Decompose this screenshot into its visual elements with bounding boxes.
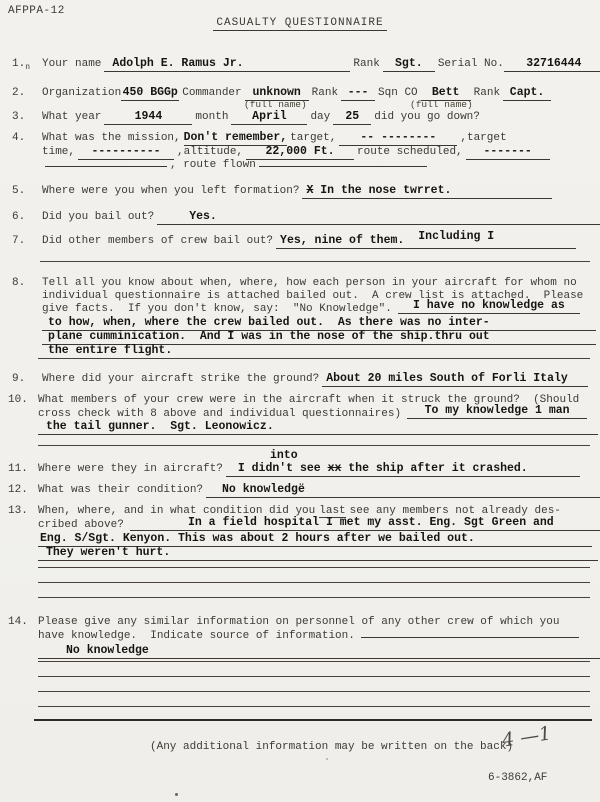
time-value: ----------	[92, 145, 161, 158]
inserted-word: into	[270, 449, 298, 462]
question-10-answer-2: the tail gunner. Sgt. Leonowicz.	[46, 420, 274, 433]
form-title: CASUALTY QUESTIONNAIRE	[213, 17, 386, 31]
casualty-questionnaire-document: AFPPA-12 CASUALTY QUESTIONNAIRE 1.nYour …	[0, 0, 600, 802]
target-value: -- --------	[360, 131, 436, 144]
question-1-num-text: 1.	[12, 58, 25, 70]
question-12-number: 12.	[8, 484, 38, 497]
question-9-number: 9.	[12, 373, 42, 386]
question-14-answer-field: No knowledge	[38, 644, 600, 659]
question-1-label: Your name	[42, 58, 101, 70]
question-13-answer-field-2: Eng. S/Sgt. Kenyon. This was about 2 hou…	[38, 532, 592, 547]
question-1-number: 1.n	[12, 58, 42, 71]
question-10-answer-field-1: To my knowledge 1 man	[407, 404, 587, 419]
year-value: 1944	[135, 110, 163, 123]
bail-out-label: Did you bail out?	[42, 211, 154, 223]
commander-rank-value: ---	[348, 86, 369, 99]
day-value: 25	[345, 110, 359, 123]
question-3-number: 3.	[12, 111, 42, 124]
condition-value: No knowledgë	[222, 483, 305, 496]
mission-label: What was the mission,	[42, 132, 181, 144]
question-7-number: 7.	[12, 235, 42, 248]
time-label: time,	[42, 146, 75, 158]
day-field: 25	[333, 110, 371, 125]
question-2-number: 2.	[12, 87, 42, 100]
where-in-aircraft-value-before: I didn't see	[238, 462, 328, 475]
route-scheduled-label: route scheduled,	[357, 146, 463, 158]
question-10-answer-1: To my knowledge 1 man	[425, 404, 570, 417]
question-13-answer-line-3: They weren't hurt.	[38, 546, 598, 561]
struck-word: xx	[328, 462, 342, 475]
organization-label: Organization	[42, 87, 121, 99]
question-6-number: 6.	[12, 211, 42, 224]
question-8-answer-field-4: the entire flight.	[42, 344, 262, 359]
question-10-text-2: cross check with 8 above and individual …	[38, 408, 401, 420]
question-8-line-1: 8.Tell all you know about when, where, h…	[12, 277, 577, 290]
question-1-subscript: n	[25, 63, 30, 72]
blank-line	[40, 261, 590, 262]
condition-label: What was their condition?	[38, 484, 203, 496]
altitude-label: ,altitude,	[177, 146, 243, 158]
month-value: April	[252, 110, 287, 123]
day-label: day	[310, 111, 330, 123]
bail-out-field: Yes.	[157, 210, 600, 225]
footer-note: (Any additional information may be writt…	[150, 741, 513, 754]
question-13-line-2: cribed above?In a field hospital I met m…	[38, 518, 600, 533]
where-in-aircraft-label: Where were they in aircraft?	[38, 463, 223, 475]
where-in-aircraft-value-after: the ship after it crashed.	[341, 462, 527, 475]
question-8-answer-line-4: the entire flight.	[42, 344, 262, 359]
question-8-answer-3: plane cumminication. And I was in the no…	[48, 330, 490, 343]
year-field: 1944	[104, 110, 192, 125]
left-formation-value: In the nose twrret.	[313, 184, 451, 197]
document-number: 6-3862,AF	[488, 772, 547, 785]
left-formation-label: Where were you when you left formation?	[42, 185, 299, 197]
others-bail-out-field: Yes, nine of them.Including I	[276, 234, 576, 249]
question-8-answer-field-3: plane cumminication. And I was in the no…	[42, 330, 596, 345]
mission-field: Don't remember,	[184, 131, 288, 146]
go-down-label: did you go down?	[374, 111, 480, 123]
question-1: 1.nYour nameAdolph E. Ramus Jr.RankSgt.S…	[12, 57, 600, 72]
others-bail-out-value: Yes, nine of them.	[280, 234, 404, 247]
question-13-answer-2: Eng. S/Sgt. Kenyon. This was about 2 hou…	[40, 532, 475, 545]
question-8-number: 8.	[12, 277, 42, 290]
others-bail-out-label: Did other members of crew bail out?	[42, 235, 273, 247]
question-14-answer-line: No knowledge	[38, 644, 600, 659]
question-4-line-2: time,----------,altitude,22,000 Ft.route…	[42, 145, 553, 160]
source-field	[361, 637, 579, 638]
route-flown-field	[259, 166, 427, 167]
question-7: 7.Did other members of crew bail out?Yes…	[12, 234, 579, 249]
blank-line	[38, 582, 590, 583]
question-13-answer-line-2: Eng. S/Sgt. Kenyon. This was about 2 hou…	[38, 532, 592, 547]
blank-line-heavy	[34, 719, 592, 721]
altitude-value: 22,000 Ft.	[266, 145, 335, 158]
bail-out-value: Yes.	[189, 210, 217, 223]
question-4-line-3: , route flown	[42, 159, 430, 172]
target-label-2: ,target	[460, 132, 506, 144]
sqn-co-rank-field: Capt.	[503, 86, 551, 101]
mission-value: Don't remember,	[184, 131, 288, 144]
name-field: Adolph E. Ramus Jr.	[104, 57, 350, 72]
commander-label: Commander	[182, 87, 241, 99]
question-10-answer-field-2: the tail gunner. Sgt. Leonowicz.	[38, 420, 598, 435]
time-field: ----------	[78, 145, 174, 160]
question-13-answer-field-1: In a field hospital I met my asst. Eng. …	[130, 516, 600, 531]
route-scheduled-field: -------	[466, 145, 550, 160]
question-14-answer: No knowledge	[66, 644, 149, 657]
route-scheduled-value: -------	[484, 145, 532, 158]
blank-line	[38, 706, 590, 707]
question-3: 3.What year1944monthAprilday25did you go…	[12, 110, 480, 125]
question-13-number: 13.	[8, 505, 38, 518]
question-6: 6.Did you bail out?Yes.	[12, 210, 600, 225]
blank-line	[38, 358, 590, 359]
altitude-field: 22,000 Ft.	[246, 145, 354, 160]
month-field: April	[231, 110, 307, 125]
form-title-row: CASUALTY QUESTIONNAIRE	[0, 17, 600, 30]
question-14-text-2: have knowledge. Indicate source of infor…	[38, 630, 355, 642]
question-13-answer-field-3: They weren't hurt.	[38, 546, 598, 561]
strike-ground-field: About 20 miles South of Forli Italy	[322, 372, 588, 387]
question-8-answer-1: I have no knowledge as	[413, 299, 565, 312]
organization-value: 450 BGGp	[123, 86, 178, 99]
question-8-answer-field-2: to how, when, where the crew bailed out.…	[42, 316, 596, 331]
commander-rank-label: Rank	[312, 87, 338, 99]
question-11: 11.Where were they in aircraft?I didn't …	[8, 462, 583, 477]
question-10-number: 10.	[8, 394, 38, 407]
question-4-line-1: 4.What was the mission,Don't remember,ta…	[12, 131, 507, 146]
sqn-co-rank-value: Capt.	[510, 86, 545, 99]
blank-line	[38, 661, 590, 662]
where-in-aircraft-field: I didn't see xx the ship after it crashe…	[226, 462, 580, 477]
strike-ground-label: Where did your aircraft strike the groun…	[42, 373, 319, 385]
question-14-text-1: Please give any similar information on p…	[38, 616, 560, 628]
name-value: Adolph E. Ramus Jr.	[112, 57, 243, 70]
question-10-answer-line-2: the tail gunner. Sgt. Leonowicz.	[38, 420, 598, 435]
handwritten-mark: 4 —1	[501, 727, 552, 748]
question-8-text-1: Tell all you know about when, where, how…	[42, 277, 577, 289]
commander-rank-field: ---	[341, 86, 375, 101]
target-label: target,	[290, 132, 336, 144]
others-bail-out-value-2: Including I	[418, 230, 494, 243]
question-8-line-3: give facts. If you don't know, say: "No …	[42, 302, 580, 317]
condition-field: No knowledgë	[206, 483, 600, 498]
blank-line	[38, 445, 590, 446]
question-13-answer-3: They weren't hurt.	[46, 546, 170, 559]
question-5-number: 5.	[12, 185, 42, 198]
serial-value: 32716444	[526, 57, 581, 70]
question-11-number: 11.	[8, 463, 38, 476]
left-formation-field: X In the nose twrret.	[302, 184, 552, 199]
sqn-co-rank-label: Rank	[474, 87, 500, 99]
question-14-number: 14.	[8, 616, 38, 629]
question-8-text-3: give facts. If you don't know, say: "No …	[42, 303, 392, 315]
blank-line	[38, 676, 590, 677]
question-8-answer-field-1: I have no knowledge as	[398, 299, 580, 314]
blank-line	[38, 597, 590, 598]
question-5: 5.Where were you when you left formation…	[12, 184, 555, 199]
question-12: 12.What was their condition?No knowledgë	[8, 483, 600, 498]
serial-field: 32716444	[504, 57, 600, 72]
question-8-answer-line-2: to how, when, where the crew bailed out.…	[42, 316, 596, 331]
scan-speck	[326, 758, 328, 760]
question-13-text-2: cribed above?	[38, 519, 124, 531]
year-label: What year	[42, 111, 101, 123]
strike-ground-value: About 20 miles South of Forli Italy	[326, 372, 568, 385]
route-scheduled-field-2	[45, 166, 167, 167]
question-8-answer-4: the entire flight.	[48, 344, 172, 357]
question-14-line-1: 14.Please give any similar information o…	[8, 616, 560, 629]
rank-value: Sgt.	[395, 57, 423, 70]
blank-line	[38, 691, 590, 692]
route-flown-label: , route flown	[170, 159, 256, 171]
organization-field: 450 BGGp	[121, 86, 179, 101]
month-label: month	[195, 111, 228, 123]
serial-label: Serial No.	[438, 58, 504, 70]
rank-field: Sgt.	[383, 57, 435, 72]
blank-line	[38, 567, 590, 568]
question-9: 9.Where did your aircraft strike the gro…	[12, 372, 591, 387]
question-8-answer-2: to how, when, where the crew bailed out.…	[48, 316, 490, 329]
left-formation-text: In the nose twrret.	[320, 184, 451, 197]
question-4-number: 4.	[12, 132, 42, 145]
scan-speck	[175, 793, 178, 796]
question-8-answer-line-3: plane cumminication. And I was in the no…	[42, 330, 596, 345]
question-13-answer-1: In a field hospital I met my asst. Eng. …	[188, 516, 554, 529]
question-14-line-2: have knowledge. Indicate source of infor…	[38, 630, 579, 643]
target-field: -- --------	[339, 131, 457, 146]
rank-label: Rank	[353, 58, 379, 70]
